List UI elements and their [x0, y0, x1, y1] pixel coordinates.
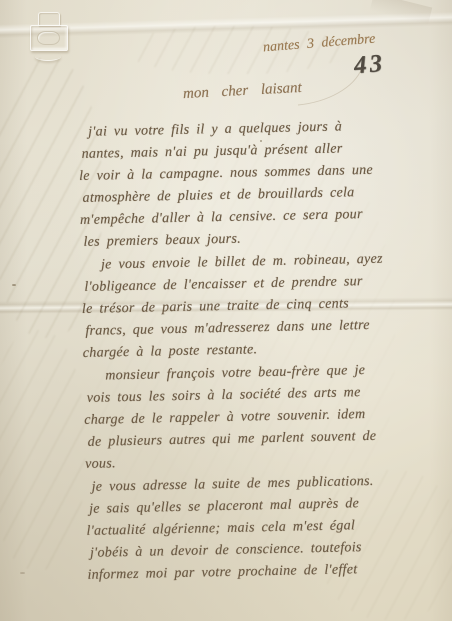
- pen-flourish: [296, 66, 366, 108]
- paragraph: je vous adresse la suite de mes publicat…: [85, 470, 432, 587]
- letter-page: nantes 3 décembre 43 mon cher laisant j'…: [0, 0, 452, 621]
- stamp-inner-oval: [37, 31, 60, 45]
- paragraph: j'ai vu votre fils il y a quelques jours…: [78, 115, 426, 254]
- stamp-crown: [38, 12, 60, 26]
- embossed-stamp-icon: [26, 10, 72, 64]
- paragraph: monsieur françois votre beau-frère que j…: [83, 359, 430, 476]
- paragraph: je vous envoie le billet de m. robineau,…: [81, 248, 428, 365]
- ink-speck: [20, 572, 25, 574]
- ink-bleedthrough: [0, 330, 85, 570]
- stamp-base: [35, 52, 61, 61]
- letter-body: j'ai vu votre fils il y a quelques jours…: [78, 115, 433, 587]
- fold-crease-corner: [368, 0, 433, 33]
- ink-speck: [12, 284, 16, 286]
- salutation: mon cher laisant: [183, 80, 303, 103]
